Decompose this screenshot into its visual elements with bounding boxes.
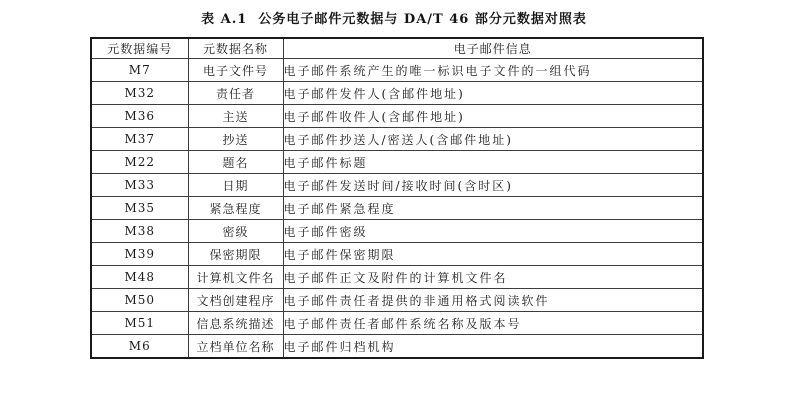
table-row: M50文档创建程序电子邮件责任者提供的非通用格式阅读软件 [91,289,703,312]
header-email-info: 电子邮件信息 [283,38,703,59]
metadata-id-cell: M32 [91,82,188,105]
email-info-cell: 电子邮件归档机构 [283,335,703,359]
table-row: M39保密期限电子邮件保密期限 [91,243,703,266]
table-row: M37抄送电子邮件抄送人/密送人(含邮件地址) [91,128,703,151]
email-info-cell: 电子邮件发送时间/接收时间(含时区) [283,174,703,197]
metadata-id-cell: M7 [91,59,188,82]
metadata-id-cell: M33 [91,174,188,197]
metadata-name-cell: 责任者 [188,82,283,105]
email-info-cell: 电子邮件密级 [283,220,703,243]
metadata-name-cell: 保密期限 [188,243,283,266]
email-info-cell: 电子邮件紧急程度 [283,197,703,220]
metadata-id-cell: M37 [91,128,188,151]
metadata-name-cell: 紧急程度 [188,197,283,220]
metadata-id-cell: M35 [91,197,188,220]
email-info-cell: 电子邮件保密期限 [283,243,703,266]
table-row: M7电子文件号电子邮件系统产生的唯一标识电子文件的一组代码 [91,59,703,82]
table-row: M38密级电子邮件密级 [91,220,703,243]
metadata-name-cell: 电子文件号 [188,59,283,82]
metadata-id-cell: M38 [91,220,188,243]
metadata-id-cell: M50 [91,289,188,312]
table-row: M51信息系统描述电子邮件责任者邮件系统名称及版本号 [91,312,703,335]
metadata-name-cell: 信息系统描述 [188,312,283,335]
metadata-id-cell: M6 [91,335,188,359]
email-info-cell: 电子邮件正文及附件的计算机文件名 [283,266,703,289]
table-row: M22题名电子邮件标题 [91,151,703,174]
email-info-cell: 电子邮件责任者提供的非通用格式阅读软件 [283,289,703,312]
table-row: M48计算机文件名电子邮件正文及附件的计算机文件名 [91,266,703,289]
metadata-id-cell: M39 [91,243,188,266]
email-info-cell: 电子邮件责任者邮件系统名称及版本号 [283,312,703,335]
metadata-name-cell: 立档单位名称 [188,335,283,359]
table-caption: 表 A.1 公务电子邮件元数据与 DA/T 46 部分元数据对照表 [0,8,788,27]
metadata-name-cell: 题名 [188,151,283,174]
metadata-name-cell: 抄送 [188,128,283,151]
email-info-cell: 电子邮件收件人(含邮件地址) [283,105,703,128]
table-row: M33日期电子邮件发送时间/接收时间(含时区) [91,174,703,197]
metadata-table: 元数据编号 元数据名称 电子邮件信息 M7电子文件号电子邮件系统产生的唯一标识电… [90,37,704,359]
table-body: M7电子文件号电子邮件系统产生的唯一标识电子文件的一组代码M32责任者电子邮件发… [91,59,703,359]
metadata-name-cell: 计算机文件名 [188,266,283,289]
metadata-id-cell: M36 [91,105,188,128]
table-row: M32责任者电子邮件发件人(含邮件地址) [91,82,703,105]
email-info-cell: 电子邮件标题 [283,151,703,174]
metadata-name-cell: 主送 [188,105,283,128]
metadata-name-cell: 文档创建程序 [188,289,283,312]
table-row: M6立档单位名称电子邮件归档机构 [91,335,703,359]
table-row: M35紧急程度电子邮件紧急程度 [91,197,703,220]
metadata-id-cell: M48 [91,266,188,289]
email-info-cell: 电子邮件抄送人/密送人(含邮件地址) [283,128,703,151]
email-info-cell: 电子邮件发件人(含邮件地址) [283,82,703,105]
metadata-id-cell: M51 [91,312,188,335]
table-header-row: 元数据编号 元数据名称 电子邮件信息 [91,38,703,59]
header-metadata-id: 元数据编号 [91,38,188,59]
metadata-name-cell: 密级 [188,220,283,243]
metadata-id-cell: M22 [91,151,188,174]
email-info-cell: 电子邮件系统产生的唯一标识电子文件的一组代码 [283,59,703,82]
table-row: M36主送电子邮件收件人(含邮件地址) [91,105,703,128]
metadata-name-cell: 日期 [188,174,283,197]
header-metadata-name: 元数据名称 [188,38,283,59]
